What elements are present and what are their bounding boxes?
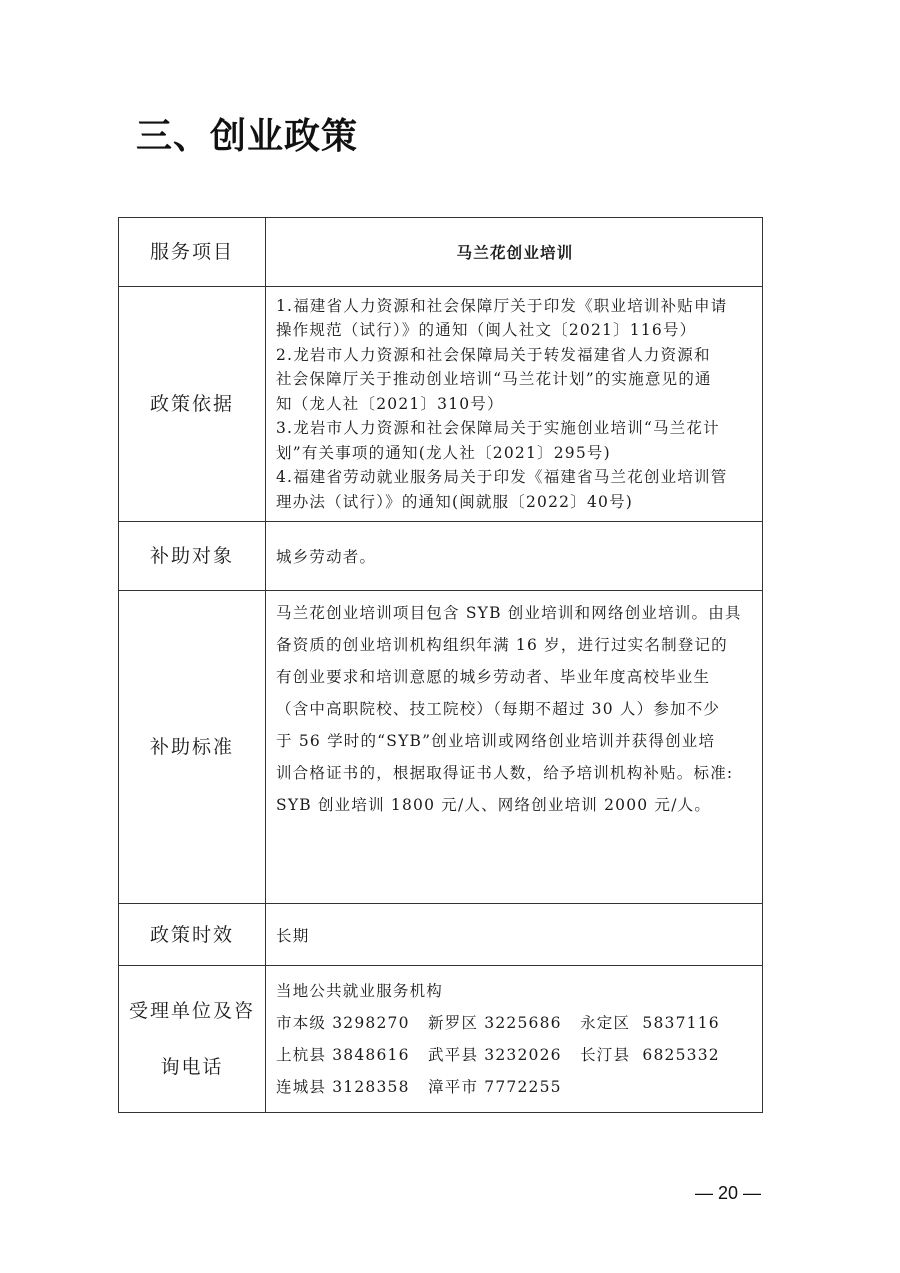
standard-line: 有创业要求和培训意愿的城乡劳动者、毕业年度高校毕业生 xyxy=(276,661,754,693)
row-contact: 受理单位及咨 询电话 当地公共就业服务机构 市本级 3298270 新罗区 32… xyxy=(119,966,763,1113)
value-contact: 当地公共就业服务机构 市本级 3298270 新罗区 3225686 永定区 5… xyxy=(266,966,763,1113)
value-subsidy-target: 城乡劳动者。 xyxy=(266,522,763,591)
value-policy-basis: 1.福建省人力资源和社会保障厅关于印发《职业培训补贴申请 操作规范（试行）》的通… xyxy=(266,287,763,522)
standard-line: （含中高职院校、技工院校）（每期不超过 30 人）参加不少 xyxy=(276,693,754,725)
contact-line: 市本级 3298270 新罗区 3225686 永定区 5837116 xyxy=(276,1007,754,1039)
basis-line: 2.龙岩市人力资源和社会保障局关于转发福建省人力资源和 xyxy=(276,343,754,368)
basis-line: 操作规范（试行）》的通知（闽人社文〔2021〕116号） xyxy=(276,318,754,343)
value-subsidy-standard: 马兰花创业培训项目包含 SYB 创业培训和网络创业培训。由具 备资质的创业培训机… xyxy=(266,591,763,904)
basis-line: 划”有关事项的通知(龙人社〔2021〕295号) xyxy=(276,441,754,466)
row-policy-validity: 政策时效 长期 xyxy=(119,904,763,966)
row-subsidy-standard: 补助标准 马兰花创业培训项目包含 SYB 创业培训和网络创业培训。由具 备资质的… xyxy=(119,591,763,904)
row-subsidy-target: 补助对象 城乡劳动者。 xyxy=(119,522,763,591)
standard-line: 备资质的创业培训机构组织年满 16 岁，进行过实名制登记的 xyxy=(276,629,754,661)
label-contact: 受理单位及咨 询电话 xyxy=(119,966,266,1113)
contact-line: 连城县 3128358 漳平市 7772255 xyxy=(276,1071,754,1103)
label-subsidy-target: 补助对象 xyxy=(119,522,266,591)
label-policy-validity: 政策时效 xyxy=(119,904,266,966)
basis-line: 3.龙岩市人力资源和社会保障局关于实施创业培训“马兰花计 xyxy=(276,416,754,441)
standard-line: 于 56 学时的“SYB”创业培训或网络创业培训并获得创业培 xyxy=(276,725,754,757)
label-contact-line: 询电话 xyxy=(119,1039,265,1095)
page-number: — 20 — xyxy=(695,1183,761,1204)
label-policy-basis: 政策依据 xyxy=(119,287,266,522)
label-contact-line: 受理单位及咨 xyxy=(119,983,265,1039)
contact-line: 当地公共就业服务机构 xyxy=(276,975,754,1007)
basis-line: 4.福建省劳动就业服务局关于印发《福建省马兰花创业培训管 xyxy=(276,465,754,490)
basis-line: 理办法（试行）》的通知(闽就服〔2022〕40号) xyxy=(276,490,754,515)
basis-line: 1.福建省人力资源和社会保障厅关于印发《职业培训补贴申请 xyxy=(276,294,754,319)
value-policy-validity: 长期 xyxy=(266,904,763,966)
standard-line: 训合格证书的，根据取得证书人数，给予培训机构补贴。标准: xyxy=(276,757,754,789)
label-service-item: 服务项目 xyxy=(119,218,266,287)
basis-line: 知（龙人社〔2021〕310号） xyxy=(276,392,754,417)
section-title: 三、创业政策 xyxy=(136,118,358,154)
contact-line: 上杭县 3848616 武平县 3232026 长汀县 6825332 xyxy=(276,1039,754,1071)
basis-line: 社会保障厅关于推动创业培训“马兰花计划”的实施意见的通 xyxy=(276,367,754,392)
policy-table: 服务项目 马兰花创业培训 政策依据 1.福建省人力资源和社会保障厅关于印发《职业… xyxy=(118,217,763,1113)
standard-line: 马兰花创业培训项目包含 SYB 创业培训和网络创业培训。由具 xyxy=(276,597,754,629)
row-policy-basis: 政策依据 1.福建省人力资源和社会保障厅关于印发《职业培训补贴申请 操作规范（试… xyxy=(119,287,763,522)
row-service-item: 服务项目 马兰花创业培训 xyxy=(119,218,763,287)
standard-line: SYB 创业培训 1800 元/人、网络创业培训 2000 元/人。 xyxy=(276,789,754,821)
value-service-item: 马兰花创业培训 xyxy=(266,218,763,287)
label-subsidy-standard: 补助标准 xyxy=(119,591,266,904)
